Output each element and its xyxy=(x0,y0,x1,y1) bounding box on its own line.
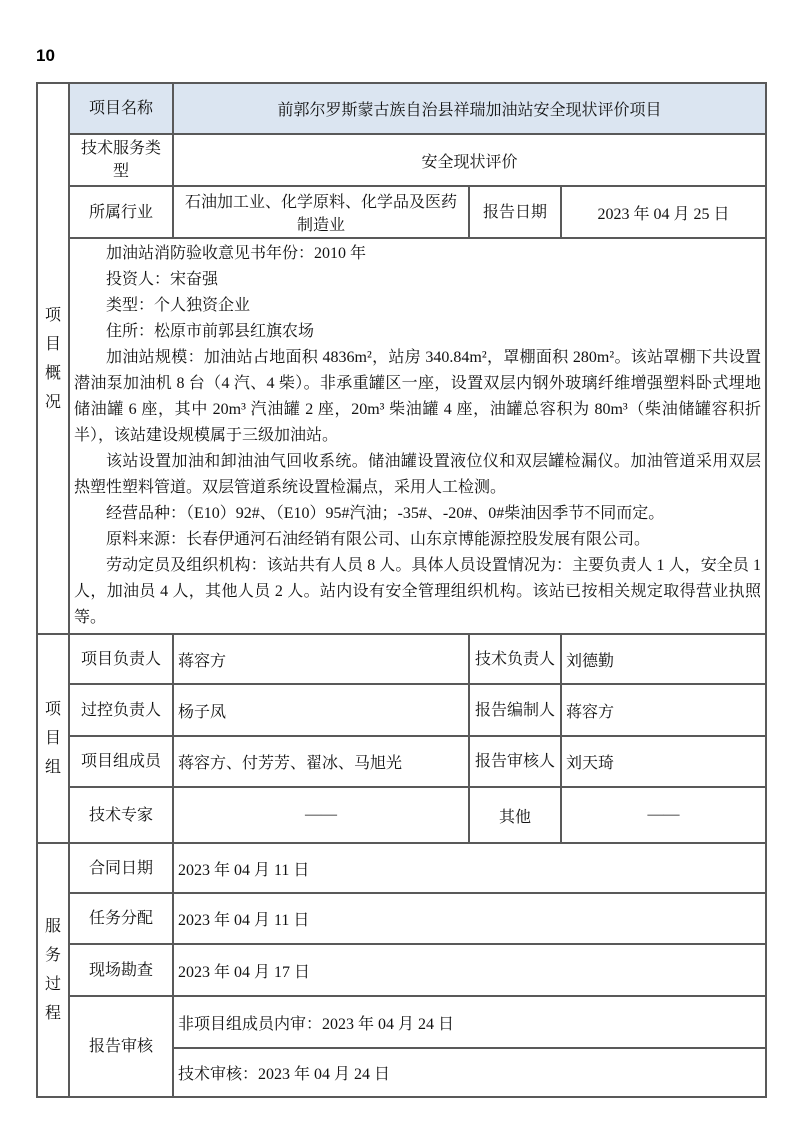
report-review-row: 报告审核 非项目组成员内审：2023 年 04 月 24 日 xyxy=(37,996,766,1048)
team-section-cell: 项目组 xyxy=(37,634,69,843)
project-leader-label: 项目负责人 xyxy=(69,634,173,684)
process-section-label: 服务过程 xyxy=(45,912,61,1028)
overview-content: 加油站消防验收意见书年份：2010 年 投资人：宋奋强 类型：个人独资企业 住所… xyxy=(69,238,766,634)
report-writer-label: 报告编制人 xyxy=(469,684,561,736)
tech-leader-value: 刘德勤 xyxy=(561,634,766,684)
project-name-value: 前郭尔罗斯蒙古族自治县祥瑞加油站安全现状评价项目 xyxy=(173,83,766,134)
site-survey-value: 2023 年 04 月 17 日 xyxy=(173,944,766,996)
other-label: 其他 xyxy=(469,787,561,843)
project-leader-value: 蒋容方 xyxy=(173,634,469,684)
team-members-value: 蒋容方、付芳芳、翟冰、马旭光 xyxy=(173,736,469,787)
process-row: 任务分配 2023 年 04 月 11 日 xyxy=(37,893,766,944)
overview-row: 加油站消防验收意见书年份：2010 年 投资人：宋奋强 类型：个人独资企业 住所… xyxy=(37,238,766,634)
report-date-label: 报告日期 xyxy=(469,186,561,238)
task-assignment-label: 任务分配 xyxy=(69,893,173,944)
document-page: 10 项目概况 项目名称 前郭尔罗斯蒙古族自治县祥瑞加油站安全现状评价项目 技术… xyxy=(0,0,803,1135)
project-name-row: 项目概况 项目名称 前郭尔罗斯蒙古族自治县祥瑞加油站安全现状评价项目 xyxy=(37,83,766,134)
site-survey-label: 现场勘查 xyxy=(69,944,173,996)
overview-section-label: 项目概况 xyxy=(45,301,61,417)
overview-paragraph: 类型：个人独资企业 xyxy=(74,293,761,319)
industry-value: 石油加工业、化学原料、化学品及医药制造业 xyxy=(173,186,469,238)
technical-review-value: 技术审核：2023 年 04 月 24 日 xyxy=(173,1048,766,1097)
internal-review-value: 非项目组成员内审：2023 年 04 月 24 日 xyxy=(173,996,766,1048)
contract-date-label: 合同日期 xyxy=(69,843,173,893)
team-row: 技术专家 —— 其他 —— xyxy=(37,787,766,843)
other-value: —— xyxy=(561,787,766,843)
team-row: 过控负责人 杨子凤 报告编制人 蒋容方 xyxy=(37,684,766,736)
overview-paragraph: 投资人：宋奋强 xyxy=(74,267,761,293)
overview-paragraph: 原料来源：长春伊通河石油经销有限公司、山东京博能源控股发展有限公司。 xyxy=(74,527,761,553)
industry-label: 所属行业 xyxy=(69,186,173,238)
industry-row: 所属行业 石油加工业、化学原料、化学品及医药制造业 报告日期 2023 年 04… xyxy=(37,186,766,238)
contract-date-value: 2023 年 04 月 11 日 xyxy=(173,843,766,893)
project-name-label: 项目名称 xyxy=(69,83,173,134)
overview-paragraph: 住所：松原市前郭县红旗农场 xyxy=(74,319,761,345)
project-info-table: 项目概况 项目名称 前郭尔罗斯蒙古族自治县祥瑞加油站安全现状评价项目 技术服务类… xyxy=(36,82,767,1098)
report-reviewer-label: 报告审核人 xyxy=(469,736,561,787)
tech-leader-label: 技术负责人 xyxy=(469,634,561,684)
task-assignment-value: 2023 年 04 月 11 日 xyxy=(173,893,766,944)
overview-paragraph: 劳动定员及组织机构：该站共有人员 8 人。具体人员设置情况为：主要负责人 1 人… xyxy=(74,553,761,631)
page-number: 10 xyxy=(36,46,55,66)
service-type-label: 技术服务类型 xyxy=(69,134,173,186)
report-writer-value: 蒋容方 xyxy=(561,684,766,736)
tech-expert-label: 技术专家 xyxy=(69,787,173,843)
team-row: 项目组 项目负责人 蒋容方 技术负责人 刘德勤 xyxy=(37,634,766,684)
team-members-label: 项目组成员 xyxy=(69,736,173,787)
service-type-row: 技术服务类型 安全现状评价 xyxy=(37,134,766,186)
tech-expert-value: —— xyxy=(173,787,469,843)
team-section-label: 项目组 xyxy=(45,695,61,782)
overview-section-cell: 项目概况 xyxy=(37,83,69,634)
service-type-value: 安全现状评价 xyxy=(173,134,766,186)
process-section-cell: 服务过程 xyxy=(37,843,69,1097)
report-reviewer-value: 刘天琦 xyxy=(561,736,766,787)
process-control-value: 杨子凤 xyxy=(173,684,469,736)
process-row: 服务过程 合同日期 2023 年 04 月 11 日 xyxy=(37,843,766,893)
process-control-label: 过控负责人 xyxy=(69,684,173,736)
team-row: 项目组成员 蒋容方、付芳芳、翟冰、马旭光 报告审核人 刘天琦 xyxy=(37,736,766,787)
report-review-label: 报告审核 xyxy=(69,996,173,1097)
overview-paragraph: 加油站规模：加油站占地面积 4836m²，站房 340.84m²，罩棚面积 28… xyxy=(74,345,761,449)
process-row: 现场勘查 2023 年 04 月 17 日 xyxy=(37,944,766,996)
report-date-value: 2023 年 04 月 25 日 xyxy=(561,186,766,238)
overview-paragraph: 经营品种：（E10）92#、（E10）95#汽油；-35#、-20#、0#柴油因… xyxy=(74,501,761,527)
overview-paragraph: 该站设置加油和卸油油气回收系统。储油罐设置液位仪和双层罐检漏仪。加油管道采用双层… xyxy=(74,449,761,501)
overview-paragraph: 加油站消防验收意见书年份：2010 年 xyxy=(74,241,761,267)
